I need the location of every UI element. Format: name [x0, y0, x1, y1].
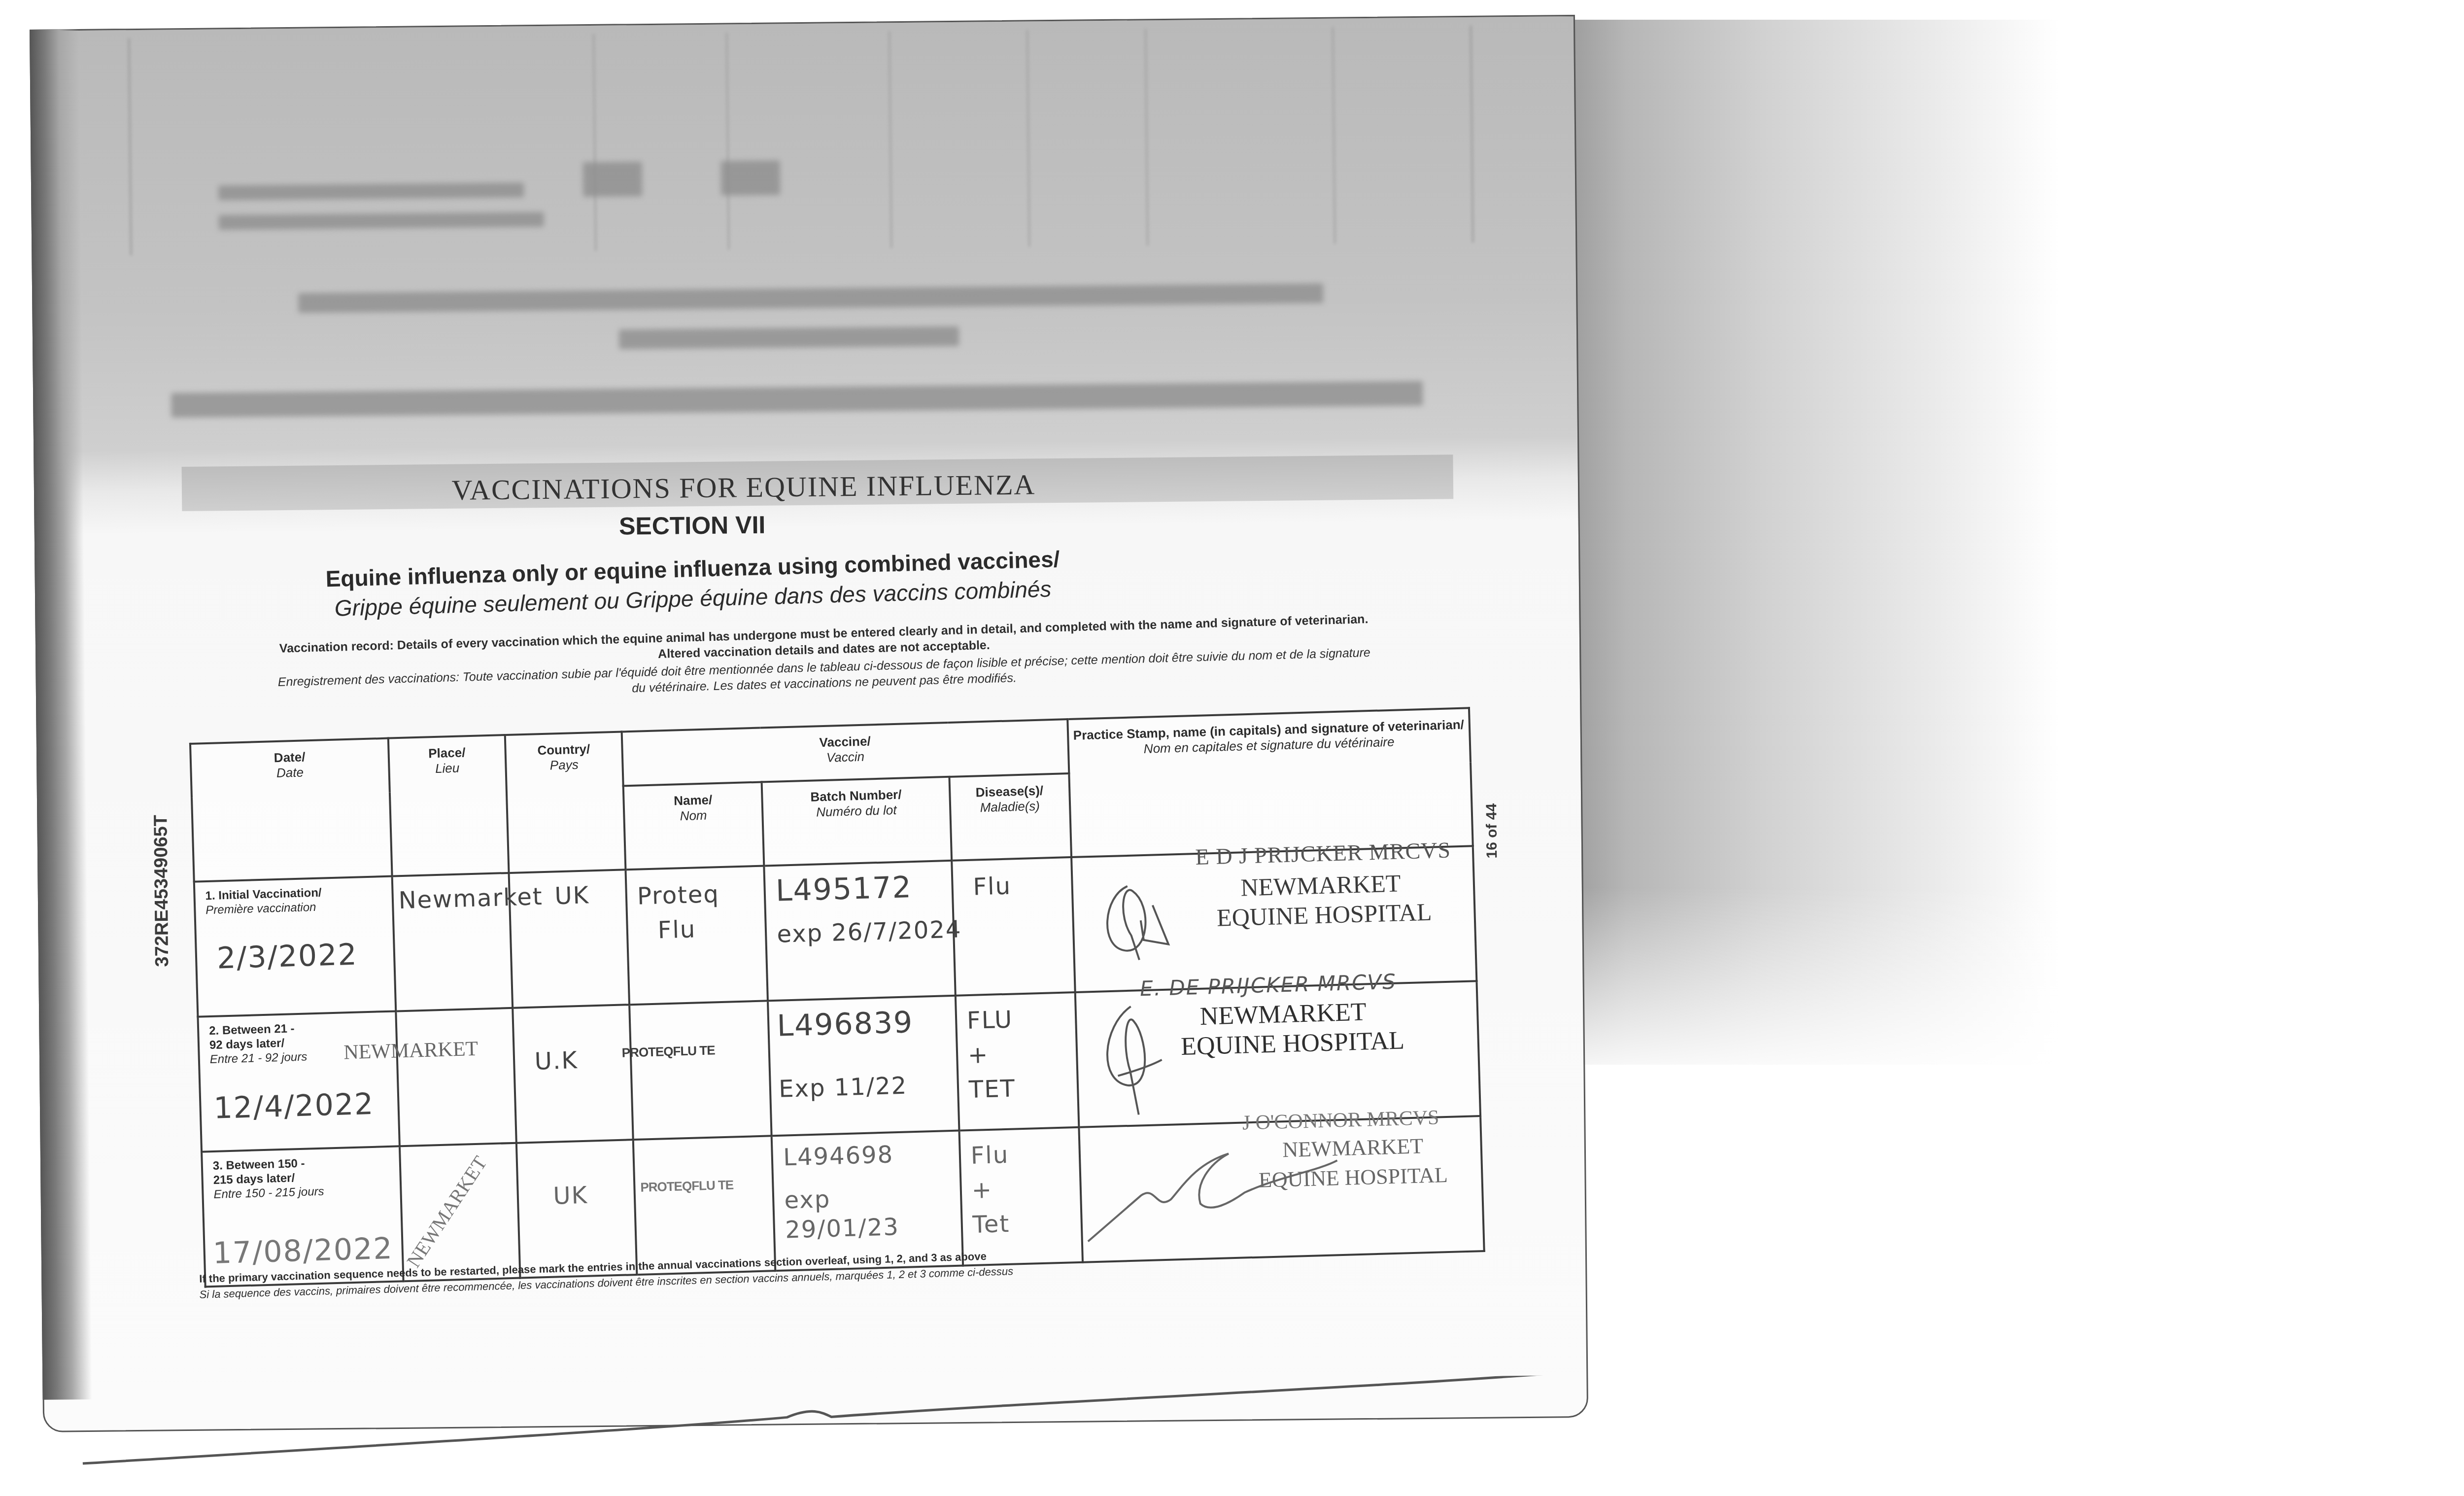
vaccine-name-value: Proteq [637, 880, 719, 910]
passport-id-number: 372RE45349065T [150, 767, 177, 1014]
stamp-vet-name: J O'CONNOR MRCVS [1242, 1106, 1439, 1135]
bleed-text [219, 212, 544, 230]
vaccine-name-cell: PROTEQFLU TE [630, 1002, 771, 1139]
place-cell: NEWMARKET [397, 1009, 515, 1145]
place-cell: Newmarket [393, 874, 511, 1010]
header-country: Country/ Pays [505, 731, 625, 873]
passport-page: VACCINATIONS FOR EQUINE INFLUENZA SECTIO… [30, 15, 1585, 1429]
country-value: UK [553, 1182, 588, 1210]
disease-value: Flu [973, 872, 1012, 901]
vaccine-name-stamp: PROTEQFLU TE [621, 1043, 715, 1060]
batch-value: L496839 [777, 1005, 914, 1044]
stamp-practice-line2: EQUINE HOSPITAL [1216, 898, 1432, 932]
country-cell: U.K [513, 1006, 632, 1142]
header-vaccine-en: Vaccine/ [819, 733, 871, 750]
header-country-fr: Pays [507, 756, 622, 774]
header-place-en: Place/ [428, 745, 466, 761]
veterinarian-signature-icon [1093, 874, 1194, 971]
vaccine-name-cell: PROTEQFLU TE [634, 1137, 775, 1274]
dose-label-en: 1. Initial Vaccination/ [205, 886, 322, 903]
page-number: 16 of 44 [1483, 769, 1504, 858]
place-stamp: NEWMARKET [343, 1037, 479, 1065]
batch-expiry: exp 26/7/2024 [777, 915, 962, 948]
date-value: 12/4/2022 [213, 1087, 375, 1126]
header-date-fr: Date [192, 763, 388, 783]
disease-value: Flu + Tet [970, 1137, 1032, 1242]
dose-label: 1. Initial Vaccination/ Première vaccina… [195, 877, 392, 918]
date-value: 2/3/2022 [216, 938, 358, 976]
disease-cell: Flu [953, 858, 1074, 995]
vaccine-name-stamp: PROTEQFLU TE [640, 1177, 734, 1195]
header-batch-en: Batch Number/ [810, 787, 902, 804]
stamp-practice-line1: NEWMARKET [1240, 869, 1401, 902]
header-country-en: Country/ [537, 741, 590, 758]
bleed-text [583, 162, 643, 197]
header-name-fr: Nom [625, 806, 762, 826]
place-stamp: NEWMARKET [402, 1152, 491, 1272]
banner-title: VACCINATIONS FOR EQUINE INFLUENZA [451, 468, 1035, 508]
header-disease: Disease(s)/ Maladie(s) [949, 773, 1071, 861]
header-name-en: Name/ [674, 792, 713, 808]
vaccine-name-cell: Proteq Flu [626, 867, 767, 1004]
bleed-text [721, 160, 781, 195]
dose-label-en: 2. Between 21 - 92 days later/ [209, 1022, 299, 1053]
stamp-practice-line1: NEWMARKET [1282, 1133, 1424, 1162]
country-cell: UK [510, 870, 628, 1007]
header-batch-number: Batch Number/ Numéro du lot [762, 777, 952, 866]
country-value: UK [554, 881, 590, 910]
header-disease-fr: Maladie(s) [951, 798, 1069, 816]
stamp-cell: E. DE PRIJCKER MRCVS NEWMARKET EQUINE HO… [1076, 982, 1479, 1126]
shadow-fade [1567, 887, 2060, 1084]
stamp-cell: E D J PRIJCKER MRCVS NEWMARKET EQUINE HO… [1072, 847, 1476, 991]
disease-cell: FLU + TET [957, 993, 1078, 1130]
country-cell: UK [517, 1141, 636, 1277]
stamp-practice-line2: EQUINE HOSPITAL [1181, 1026, 1405, 1061]
header-place: Place/ Lieu [388, 735, 509, 876]
vaccine-name-value-2: Flu [657, 915, 696, 944]
date-cell: 2. Between 21 - 92 days later/ Entre 21 … [199, 1012, 398, 1151]
header-place-fr: Lieu [390, 759, 505, 777]
dose-label: 3. Between 150 - 215 days later/ Entre 1… [203, 1147, 400, 1202]
date-cell: 3. Between 150 - 215 days later/ Entre 1… [203, 1147, 402, 1286]
header-batch-fr: Numéro du lot [763, 801, 949, 821]
country-value: U.K [534, 1046, 578, 1075]
batch-value: L495172 [775, 870, 912, 908]
batch-cell: L494698 exp 29/01/23 [773, 1132, 962, 1270]
stamp-cell: J O'CONNOR MRCVS NEWMARKET EQUINE HOSPIT… [1080, 1117, 1483, 1261]
header-date: Date/ Date [190, 738, 392, 882]
header-disease-en: Disease(s)/ [975, 783, 1043, 800]
stamp-practice-line2: EQUINE HOSPITAL [1258, 1162, 1448, 1193]
stamp-practice-line1: NEWMARKET [1199, 997, 1367, 1031]
bleed-text [218, 182, 524, 200]
header-date-en: Date/ [274, 749, 305, 765]
vaccination-table: Date/ Date Place/ Lieu Country/ Pays Vac… [189, 707, 1485, 1287]
header-practice-stamp: Practice Stamp, name (in capitals) and s… [1067, 708, 1473, 857]
batch-expiry: Exp 11/22 [779, 1072, 908, 1103]
batch-cell: L496839 Exp 11/22 [769, 997, 958, 1135]
place-cell: NEWMARKET [401, 1144, 519, 1280]
dose-label-en: 3. Between 150 - 215 days later/ [213, 1156, 312, 1187]
disease-value: FLU + TET [966, 1002, 1043, 1107]
header-vaccine-name: Name/ Nom [623, 782, 764, 870]
disease-cell: Flu + Tet [960, 1128, 1081, 1265]
date-value: 17/08/2022 [212, 1231, 394, 1271]
veterinarian-signature-icon [1086, 995, 1188, 1121]
bleed-text [619, 326, 959, 349]
batch-value: L494698 [783, 1141, 893, 1171]
page-bottom-edge [72, 1375, 1640, 1469]
batch-cell: L495172 exp 26/7/2024 [765, 862, 955, 1000]
batch-expiry: exp 29/01/23 [784, 1183, 884, 1245]
date-cell: 1. Initial Vaccination/ Première vaccina… [195, 877, 395, 1016]
